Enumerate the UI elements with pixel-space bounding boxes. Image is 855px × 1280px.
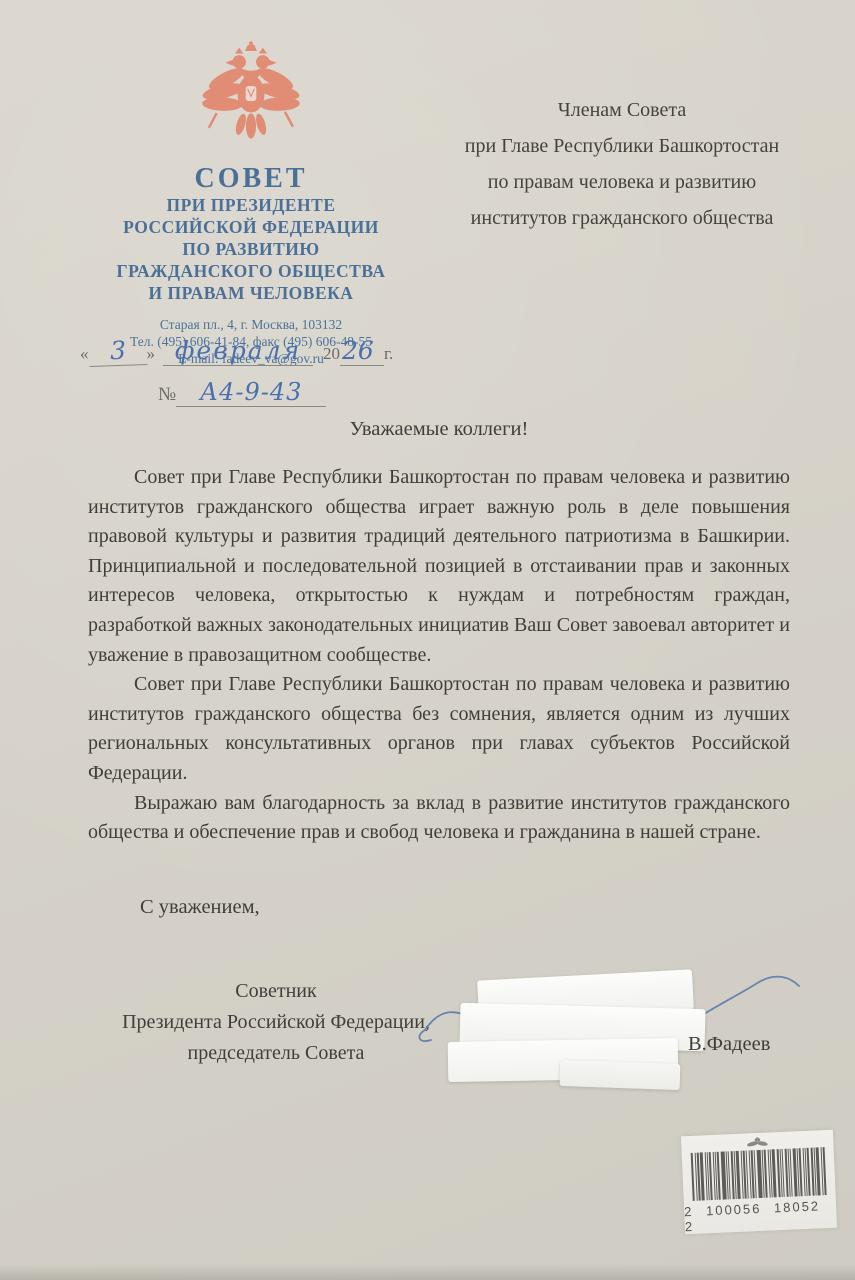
salutation: Уважаемые коллеги! (88, 418, 790, 441)
org-name-line: СОВЕТ (52, 164, 450, 194)
signer-title-block: Советник Президента Российской Федерации… (92, 976, 460, 1069)
date-open-quote: « (80, 344, 89, 364)
barcode-label: 2 100056 18052 2 (681, 1130, 837, 1235)
reference-block: « 3 » февраля 20 26 г. № А4-9-43 (80, 336, 440, 407)
recipient-line: Членам Совета (418, 92, 826, 128)
barcode-emblem-icon (744, 1136, 770, 1149)
date-close-quote: » (147, 344, 156, 364)
org-name-line: ПРИ ПРЕЗИДЕНТЕ (52, 194, 450, 216)
handwritten-day: 3 (88, 335, 147, 367)
recipient-line: институтов гражданского общества (418, 200, 826, 236)
recipient-block: Членам Совета при Главе Республики Башко… (418, 92, 826, 236)
signer-name: В.Фадеев (688, 1033, 770, 1056)
recipient-line: при Главе Республики Башкортостан (418, 128, 826, 164)
signer-title-line: Президента Российской Федерации, (92, 1007, 460, 1038)
year-suffix: г. (384, 344, 393, 364)
redaction-tape (560, 1060, 681, 1090)
letter-document: СОВЕТ ПРИ ПРЕЗИДЕНТЕ РОССИЙСКОЙ ФЕДЕРАЦИ… (0, 0, 855, 1280)
org-address: Старая пл., 4, г. Москва, 103132 (52, 316, 450, 333)
coat-of-arms-eagle-icon (200, 40, 302, 158)
handwritten-number: А4-9-43 (176, 378, 326, 407)
recipient-line: по правам человека и развитию (418, 164, 826, 200)
handwritten-year: 26 (340, 336, 384, 366)
handwritten-month: февраля (163, 336, 313, 366)
body-paragraph: Выражаю вам благодарность за вклад в раз… (88, 789, 790, 848)
org-name-line: ПО РАЗВИТИЮ (52, 238, 450, 260)
body-paragraph: Совет при Главе Республики Башкортостан … (88, 670, 790, 788)
body-paragraph: Совет при Главе Республики Башкортостан … (88, 463, 790, 670)
year-prefix: 20 (323, 344, 340, 364)
letterhead: СОВЕТ ПРИ ПРЕЗИДЕНТЕ РОССИЙСКОЙ ФЕДЕРАЦИ… (52, 40, 450, 367)
signer-title-line: Советник (92, 976, 460, 1007)
org-name-line: И ПРАВАМ ЧЕЛОВЕКА (52, 282, 450, 304)
org-name-line: ГРАЖДАНСКОГО ОБЩЕСТВА (52, 260, 450, 282)
barcode-digits: 2 100056 18052 2 (684, 1198, 837, 1235)
barcode-bars (690, 1148, 827, 1201)
number-label: № (158, 384, 176, 406)
signer-title-line: председатель Совета (92, 1038, 460, 1069)
org-name-line: РОССИЙСКОЙ ФЕДЕРАЦИИ (52, 216, 450, 238)
closing-phrase: С уважением, (140, 896, 260, 919)
letter-body: Совет при Главе Республики Башкортостан … (88, 463, 790, 848)
